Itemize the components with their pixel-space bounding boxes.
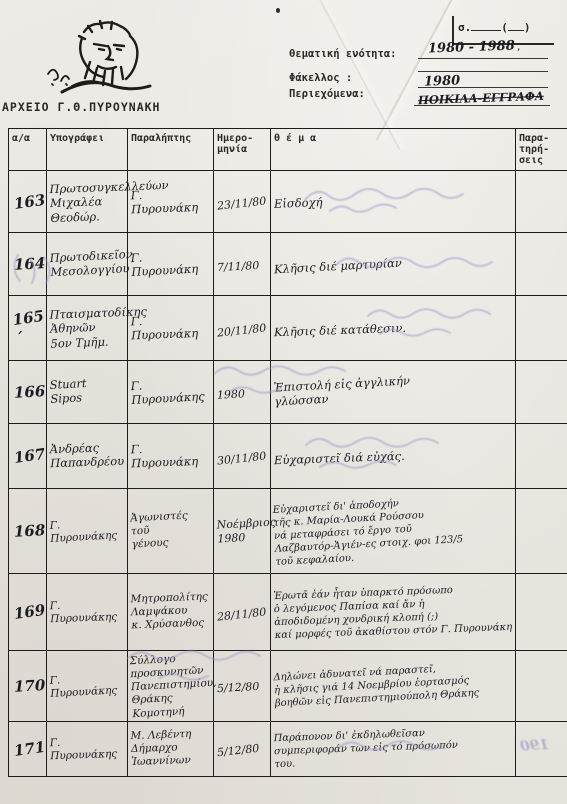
table-row: 171 Γ. Πυρουνάκης Μ. Λεβέντη Δήμαρχο Ἰωα… xyxy=(9,721,567,776)
entry-number: 165´ xyxy=(10,307,48,349)
recipient-name: Σύλλογο προσκυνητῶν Πανεπιστημίου, Θράκη… xyxy=(129,651,218,721)
recipient-name: Γ. Πυρουνάκης xyxy=(130,375,210,408)
entry-date: 30/11/80 xyxy=(216,449,267,468)
entry-date: 5/12/80 xyxy=(217,680,260,696)
col-header-recipient: Παραλήπτης xyxy=(128,129,214,171)
recipient-name: Γ. Πυρουνάκη xyxy=(131,185,211,216)
recipient-name: Γ. Πυρουνάκη xyxy=(131,440,211,471)
table-row: 168 Γ. Πυρουνάκης Ἀγωνιστές τοῦ γένους Ν… xyxy=(9,489,567,574)
reference-blank-2 xyxy=(508,19,524,31)
entry-date: 5/12/80 xyxy=(216,742,260,760)
tick-mark: , xyxy=(516,43,521,53)
entry-number: 171 xyxy=(11,738,47,761)
recipient-name: Μ. Λεβέντη Δήμαρχο Ἰωαννίνων xyxy=(130,728,192,769)
entry-theme: Κλῆσις διέ κατάθεσιν. xyxy=(274,320,406,339)
entry-date: 23/11/80 xyxy=(216,194,267,213)
signer-name: Γ. Πυρουνάκης xyxy=(49,671,124,701)
col-header-notes: Παρα- τηρή- σεις xyxy=(516,129,567,171)
recipient-name: Γ. Πυρουνάκη xyxy=(131,312,211,343)
contents-label: Περιεχόμενα: xyxy=(289,88,365,100)
signer-name: Ἀνδρέας Παπανδρέου xyxy=(50,440,125,471)
entry-number: 164 xyxy=(12,254,46,274)
signer-name: Stuart Sipos xyxy=(49,376,87,407)
entry-number: 170 xyxy=(12,676,46,696)
entry-theme: Ἐπιστολή εἰς ἀγγλικήν γλώσσαν xyxy=(273,374,411,410)
signer-name: Γ. Πυρουνάκης xyxy=(49,516,124,546)
entry-theme: Εἰσδοχή xyxy=(274,195,323,211)
ruled-line xyxy=(418,87,548,88)
entry-date: 7/11/80 xyxy=(217,258,260,274)
recipient-name: Ἀγωνιστές τοῦ γένους xyxy=(130,510,189,552)
col-header-signer: Υπογράφει xyxy=(47,129,128,171)
entry-number: 169 xyxy=(11,601,47,624)
ruled-line xyxy=(418,71,548,72)
table-body: 163 Πρωτοσυγκελλεύων Μιχαλέα Θεοδώρ. Γ. … xyxy=(9,171,567,777)
paren-close: ) xyxy=(524,21,531,34)
recipient-name: Μητροπολίτης Λαμψάκου κ. Χρύσανθος xyxy=(130,591,209,633)
table-row: 165´ Πταισματοδίκης Ἀθηνῶν 5ον Τμῆμ. Γ. … xyxy=(9,296,567,361)
table-row: 169 Γ. Πυρουνάκης Μητροπολίτης Λαμψάκου … xyxy=(9,574,567,651)
ruled-line xyxy=(414,105,550,106)
entry-number: 163 xyxy=(11,190,47,213)
ink-speck xyxy=(276,8,280,13)
entry-theme: Ἐρωτᾶ ἐάν ἦταν ὑπαρκτό πρόσωπο ὁ λεγόμεν… xyxy=(273,582,512,642)
sigma-label: σ. xyxy=(458,21,471,34)
register-table: α/α Υπογράφει Παραλήπτης Ημερο- μηνία θ … xyxy=(8,128,567,777)
paren-open: ( xyxy=(501,21,508,34)
table-row: 166 Stuart Sipos Γ. Πυρουνάκης 1980 Ἐπισ… xyxy=(9,361,567,424)
thematic-unit-value: 1980 - 1988 xyxy=(428,38,515,57)
reference-blank xyxy=(471,19,501,31)
entry-date: Νοέμβριος 1980 xyxy=(216,516,277,547)
entry-number: 168 xyxy=(12,521,46,541)
table-row: 163 Πρωτοσυγκελλεύων Μιχαλέα Θεοδώρ. Γ. … xyxy=(9,171,567,233)
entry-date: 1980 xyxy=(217,387,246,402)
folder-value: 1980 xyxy=(424,73,461,91)
archive-title: ΑΡΧΕΙΟ Γ.Θ.ΠΥΡΟΥΝΑΚΗ xyxy=(2,100,160,114)
col-header-date: Ημερο- μηνία xyxy=(214,129,271,171)
scanned-archive-page: ΑΡΧΕΙΟ Γ.Θ.ΠΥΡΟΥΝΑΚΗ σ.() , θεματική ενό… xyxy=(0,0,567,804)
ruled-line xyxy=(418,58,548,59)
entry-theme: Εὐχαριστεῖ διά εὐχάς. xyxy=(274,448,405,467)
entry-theme: Κλῆσις διέ μαρτυρίαν xyxy=(274,255,402,276)
portrait-sketch xyxy=(22,12,197,107)
signer-name: Γ. Πυρουνάκης xyxy=(50,734,125,763)
entry-number: 166 xyxy=(12,382,46,402)
col-header-index: α/α xyxy=(9,129,47,171)
table-row: 167 Ἀνδρέας Παπανδρέου Γ. Πυρουνάκη 30/1… xyxy=(9,424,567,489)
recipient-name: Γ. Πυρουνάκη xyxy=(130,247,210,280)
signer-name: Γ. Πυρουνάκης xyxy=(50,598,125,627)
thematic-unit-label: θεματική ενότητα: xyxy=(289,48,396,60)
table-row: 164 Πρωτοδικεῖον Μεσολογγίου Γ. Πυρουνάκ… xyxy=(9,233,567,296)
signer-name: Πρωτοδικεῖον Μεσολογγίου xyxy=(49,247,133,280)
entry-number: 167 xyxy=(11,445,47,468)
entry-theme: Παράπονον δι' ἐκδηλωθεῖσαν συμπεριφοράν … xyxy=(273,726,458,771)
table-header: α/α Υπογράφει Παραλήπτης Ημερο- μηνία θ … xyxy=(9,129,567,171)
entry-date: 20/11/80 xyxy=(216,321,267,340)
entry-theme: Εὐχαριστεῖ δι' ἀποδοχήν τῆς κ. Μαρία-Λου… xyxy=(272,494,464,569)
entry-date: 28/11/80 xyxy=(216,605,267,624)
entry-theme: Δηλώνει ἀδυνατεῖ νά παραστεῖ, ἡ κλῆσις γ… xyxy=(273,661,479,711)
table-row: 170 Γ. Πυρουνάκης Σύλλογο προσκυνητῶν Πα… xyxy=(9,651,567,722)
bleedthrough-number: 190 xyxy=(519,737,549,755)
col-header-theme: θ έ μ α xyxy=(271,129,516,171)
folder-label: Φάκελλος : xyxy=(289,72,352,84)
